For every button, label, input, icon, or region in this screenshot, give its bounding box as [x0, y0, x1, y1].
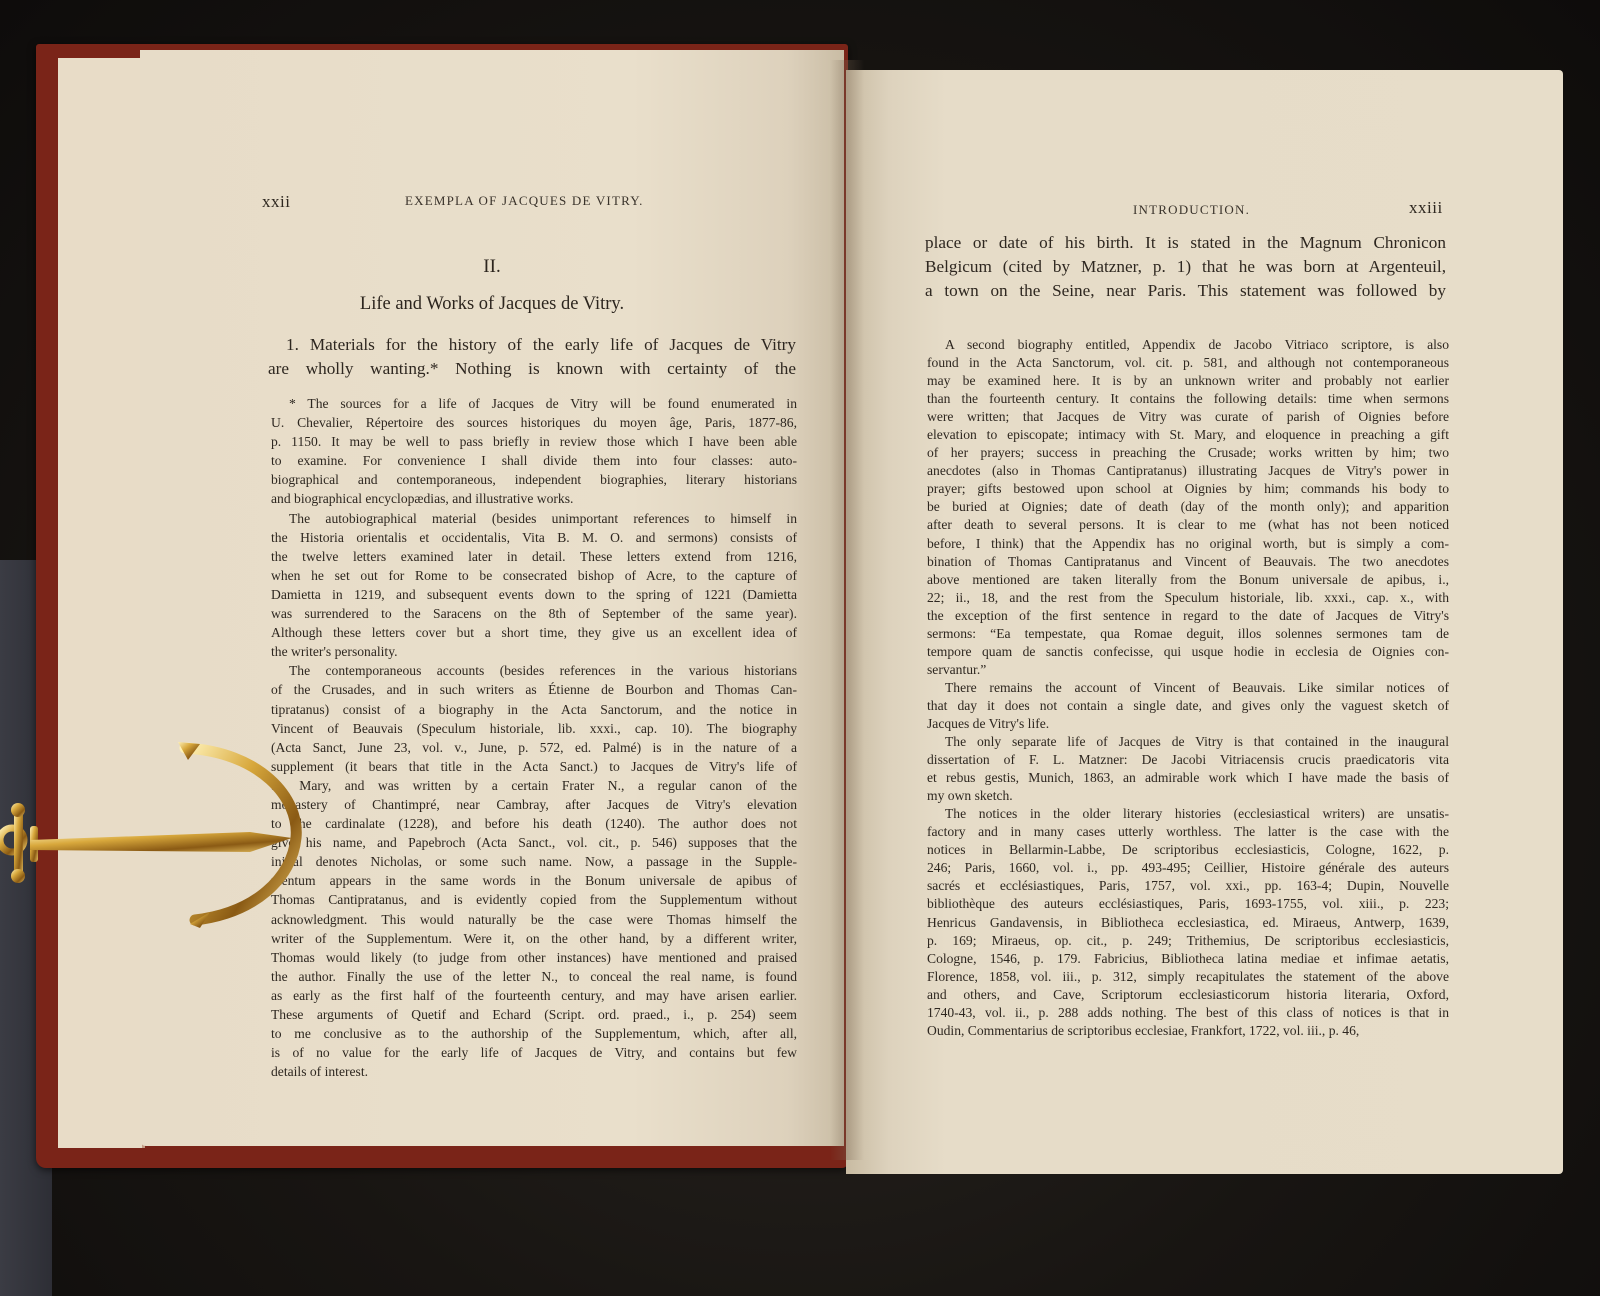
footnote-line: St. Mary, and was written by a certain F… [271, 776, 797, 795]
footnote-line: than the fourteenth century. It contains… [927, 390, 1449, 408]
footnote-line: p. 1150. It may be well to pass briefly … [271, 432, 797, 451]
footnote-line: may be examined here. It is by an unknow… [927, 372, 1449, 390]
footnote-line: dissertation of F. L. Matzner: De Jacobi… [927, 751, 1449, 769]
left-folio: xxii [262, 192, 290, 212]
footnote-line: the Historia orientalis et occidentalis,… [271, 528, 797, 547]
footnote-line: after death to several persons. It is cl… [927, 516, 1449, 534]
footnote-line: 22; ii., 18, and the rest from the Specu… [927, 589, 1449, 607]
footnote-line: et rebus gestis, Munich, 1863, an admira… [927, 769, 1449, 787]
right-footnote: A second biography entitled, Appendix de… [927, 336, 1449, 1040]
left-footnote: * The sources for a life of Jacques de V… [271, 394, 797, 1081]
section-number: II. [140, 256, 844, 278]
left-running-head: EXEMPLA OF JACQUES DE VITRY. [405, 193, 644, 209]
footnote-line: to examine. For convenience I shall divi… [271, 451, 797, 470]
footnote-line: Thomas would likely (to judge from other… [271, 948, 797, 967]
footnote-line: (Acta Sanct, June 23, vol. v., June, p. … [271, 738, 797, 757]
body-line: a town on the Seine, near Paris. This st… [925, 279, 1446, 303]
footnote-line: Henricus Gandavensis, in Bibliotheca ecc… [927, 914, 1449, 932]
body-line: 1. Materials for the history of the earl… [268, 333, 796, 357]
footnote-line: Oudin, Commentarius de scriptoribus eccl… [927, 1022, 1449, 1040]
footnote-line: There remains the account of Vincent of … [927, 679, 1449, 697]
footnote-line: be buried at Oignies; date of death (day… [927, 498, 1449, 516]
footnote-line: These arguments of Quetif and Echard (Sc… [271, 1005, 797, 1024]
footnote-line: give his name, and Papebroch (Acta Sanct… [271, 833, 797, 852]
footnote-line: Jacques de Vitry's life. [927, 715, 1449, 733]
footnote-line: as early as the first half of the fourte… [271, 986, 797, 1005]
footnote-line: above mentioned are taken literally from… [927, 571, 1449, 589]
left-body-text: 1. Materials for the history of the earl… [268, 333, 796, 381]
footnote-line: bibliothèque des auteurs ecclésiastiques… [927, 895, 1449, 913]
footnote-line: of her prayers; success in preaching the… [927, 444, 1449, 462]
footnote-line: found in the Acta Sanctorum, vol. cit. p… [927, 354, 1449, 372]
footnote-line: and others, and Cave, Scriptorum ecclesi… [927, 986, 1449, 1004]
footnote-line: sacrés et ecclésiastiques, Paris, 1757, … [927, 877, 1449, 895]
footnote-line: Cologne, 1546, p. 179. Fabricius, Biblio… [927, 950, 1449, 968]
footnote-line: The contemporaneous accounts (besides re… [271, 661, 797, 680]
footnote-line: factory and in many cases utterly worthl… [927, 823, 1449, 841]
footnote-line: p. 169; Miraeus, op. cit., p. 249; Trith… [927, 932, 1449, 950]
footnote-line: Florence, 1858, vol. iii., p. 312, simpl… [927, 968, 1449, 986]
footnote-line: 246; Paris, 1660, vol. i., pp. 493-495; … [927, 859, 1449, 877]
section-title: Life and Works of Jacques de Vitry. [140, 294, 844, 315]
footnote-line: monastery of Chantimpré, near Cambray, a… [271, 795, 797, 814]
footnote-line: supplement (it bears that title in the A… [271, 757, 797, 776]
footnote-line: to the cardinalate (1228), and before hi… [271, 814, 797, 833]
footnote-line: writer of the Supplementum. Were it, on … [271, 929, 797, 948]
footnote-line: to me conclusive as to the authorship of… [271, 1024, 797, 1043]
footnote-line: anecdotes (also in Thomas Cantipratanus)… [927, 462, 1449, 480]
page-stack-edge [96, 58, 145, 1148]
body-line: Belgicum (cited by Matzner, p. 1) that h… [925, 255, 1446, 279]
right-running-head: INTRODUCTION. [1133, 202, 1250, 218]
body-line: are wholly wanting.* Nothing is known wi… [268, 357, 796, 381]
body-line: place or date of his birth. It is stated… [925, 231, 1446, 255]
footnote-line: and biographical encyclopædias, and illu… [271, 489, 797, 508]
footnote-line: before, I think) that the Appendix has n… [927, 535, 1449, 553]
footnote-line: Vincent of Beauvais (Speculum historiale… [271, 719, 797, 738]
footnote-line: The notices in the older literary histor… [927, 805, 1449, 823]
right-folio: xxiii [1409, 198, 1443, 218]
footnote-line: A second biography entitled, Appendix de… [927, 336, 1449, 354]
footnote-line: tempore quam de sanctis confecisse, qui … [927, 643, 1449, 661]
footnote-line: tipratanus) consist of a biography in th… [271, 700, 797, 719]
footnote-line: Although these letters cover but a short… [271, 623, 797, 642]
footnote-line: Damietta in 1219, and subsequent events … [271, 585, 797, 604]
footnote-line: the twelve letters examined later in det… [271, 547, 797, 566]
footnote-line: is of no value for the early life of Jac… [271, 1043, 797, 1062]
footnote-line: mentum appears in the same words in the … [271, 871, 797, 890]
footnote-line: was surrendered to the Saracens on the 8… [271, 604, 797, 623]
footnote-line: biographical and contemporaneous, indepe… [271, 470, 797, 489]
footnote-line: that day it does not contain a single da… [927, 697, 1449, 715]
footnote-line: when he set out for Rome to be consecrat… [271, 566, 797, 585]
footnote-line: initial denotes Nicholas, or some such n… [271, 852, 797, 871]
footnote-line: 1740-43, vol. ii., p. 288 adds nothing. … [927, 1004, 1449, 1022]
right-body-text: place or date of his birth. It is stated… [925, 231, 1446, 303]
footnote-line: The only separate life of Jacques de Vit… [927, 733, 1449, 751]
footnote-line: of the Crusades, and in such writers as … [271, 680, 797, 699]
footnote-line: the exception of the first sentence in r… [927, 607, 1449, 625]
footnote-line: servantur.” [927, 661, 1449, 679]
footnote-line: the writer's personality. [271, 642, 797, 661]
footnote-line: Thomas Cantipratanus, and is evidently c… [271, 890, 797, 909]
footnote-line: The autobiographical material (besides u… [271, 509, 797, 528]
footnote-line: U. Chevalier, Répertoire des sources his… [271, 413, 797, 432]
anchor-bookmark-icon[interactable] [0, 728, 310, 928]
footnote-line: elevation to episcopate; intimacy with S… [927, 426, 1449, 444]
footnote-line: notices in Bellarmin-Labbe, De scriptori… [927, 841, 1449, 859]
footnote-line: bination of Thomas Cantipratanus and Vin… [927, 553, 1449, 571]
footnote-line: prayer; gifts bestowed upon school at Oi… [927, 480, 1449, 498]
book-gutter [830, 60, 864, 1160]
footnote-line: acknowledgment. This would naturally be … [271, 910, 797, 929]
footnote-line: were written; that Jacques de Vitry was … [927, 408, 1449, 426]
footnote-line: * The sources for a life of Jacques de V… [271, 394, 797, 413]
footnote-line: the author. Finally the use of the lette… [271, 967, 797, 986]
footnote-line: details of interest. [271, 1062, 797, 1081]
footnote-line: sermons: “Ea tempestate, qua Romae degui… [927, 625, 1449, 643]
footnote-line: my own sketch. [927, 787, 1449, 805]
